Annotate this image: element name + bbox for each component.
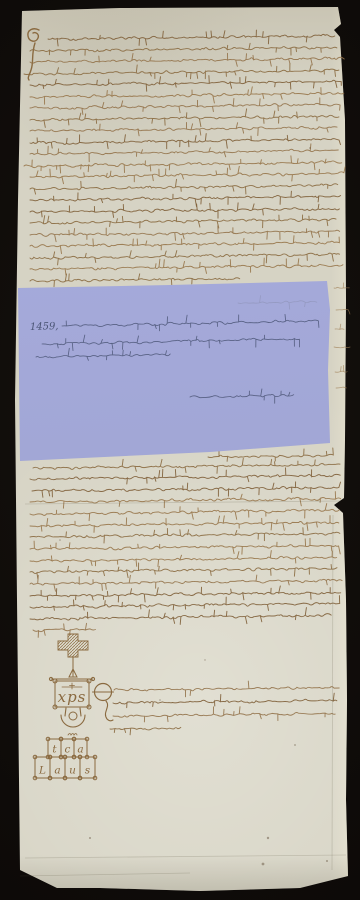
photo-stage: xps tcaLaus 1459, (0, 0, 360, 900)
slip-ink-line (62, 314, 319, 330)
slip-annotation-layer: 1459, (0, 0, 360, 900)
slip-pencil-line (238, 296, 317, 310)
slip-ink-line (42, 335, 300, 351)
slip-pencil-note (238, 296, 317, 310)
slip-year-text: 1459, (30, 321, 59, 333)
slip-ink-line (36, 348, 170, 360)
slip-ink-annotation (36, 314, 319, 403)
slip-ink-line (190, 389, 294, 403)
